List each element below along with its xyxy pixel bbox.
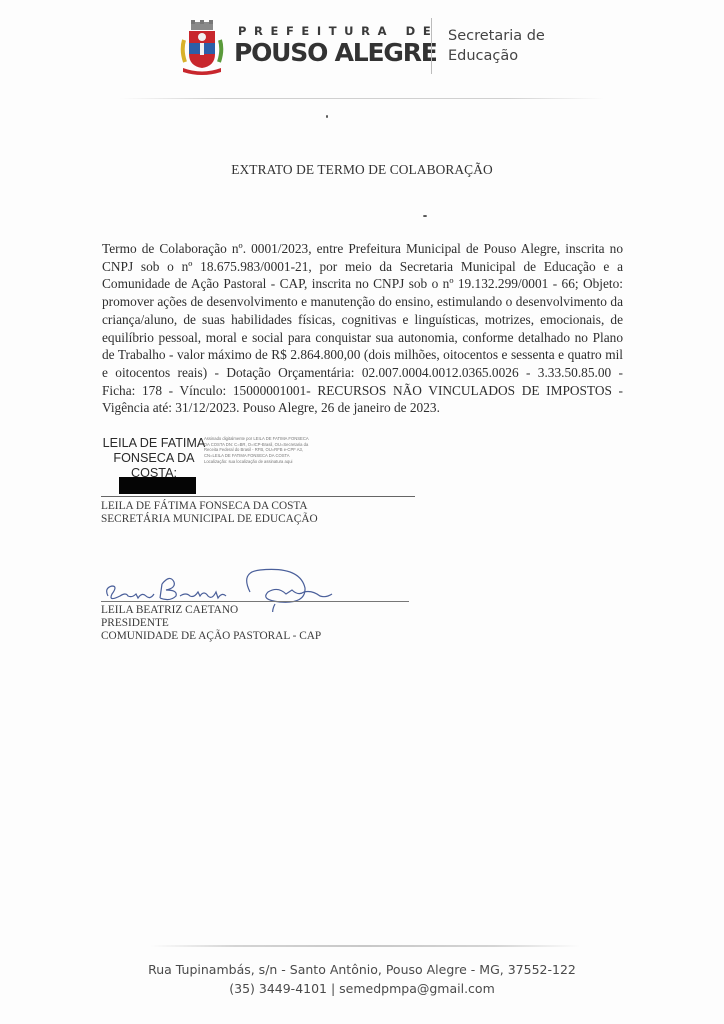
signer-2-name: LEILA BEATRIZ CAETANO [101,604,238,618]
signer-2-organization: COMUNIDADE DE AÇÃO PASTORAL - CAP [101,630,321,644]
coat-of-arms-icon [179,20,225,76]
footer-contact: (35) 3449-4101 | semedpmpa@gmail.com [0,979,724,998]
signature-line-1 [101,496,415,497]
header-rule [120,98,604,99]
scan-speck [326,115,328,118]
signer-1-role: SECRETÁRIA MUNICIPAL DE EDUCAÇÃO [101,513,318,527]
redaction-box [119,477,196,494]
footer-rule [150,945,580,947]
brand-line-1: PREFEITURA DE [238,24,438,38]
signer-1-name: LEILA DE FÁTIMA FONSECA DA COSTA [101,500,308,514]
signature-line-2 [101,601,409,602]
department-line-2: Educação [448,46,545,66]
header-divider [431,18,432,74]
signer-2-role: PRESIDENTE [101,617,169,631]
footer: Rua Tupinambás, s/n - Santo Antônio, Pou… [0,960,724,998]
brand-line-2: POUSO ALEGRE [234,38,437,67]
department-line-1: Secretaria de [448,26,545,46]
document-title: EXTRATO DE TERMO DE COLABORAÇÃO [0,162,724,178]
digital-signer-name: LEILA DE FATIMA FONSECA DA COSTA: [100,436,208,481]
digital-signature-details: Assinado digitalmente por LEILA DE FATIM… [204,436,312,465]
letterhead: PREFEITURA DE POUSO ALEGRE Secretaria de… [176,14,556,74]
digital-signature: LEILA DE FATIMA FONSECA DA COSTA: Assina… [100,436,420,496]
department-name: Secretaria de Educação [448,26,545,66]
scan-speck [423,215,427,217]
footer-address: Rua Tupinambás, s/n - Santo Antônio, Pou… [0,960,724,979]
document-body: Termo de Colaboração nº. 0001/2023, entr… [102,240,623,417]
